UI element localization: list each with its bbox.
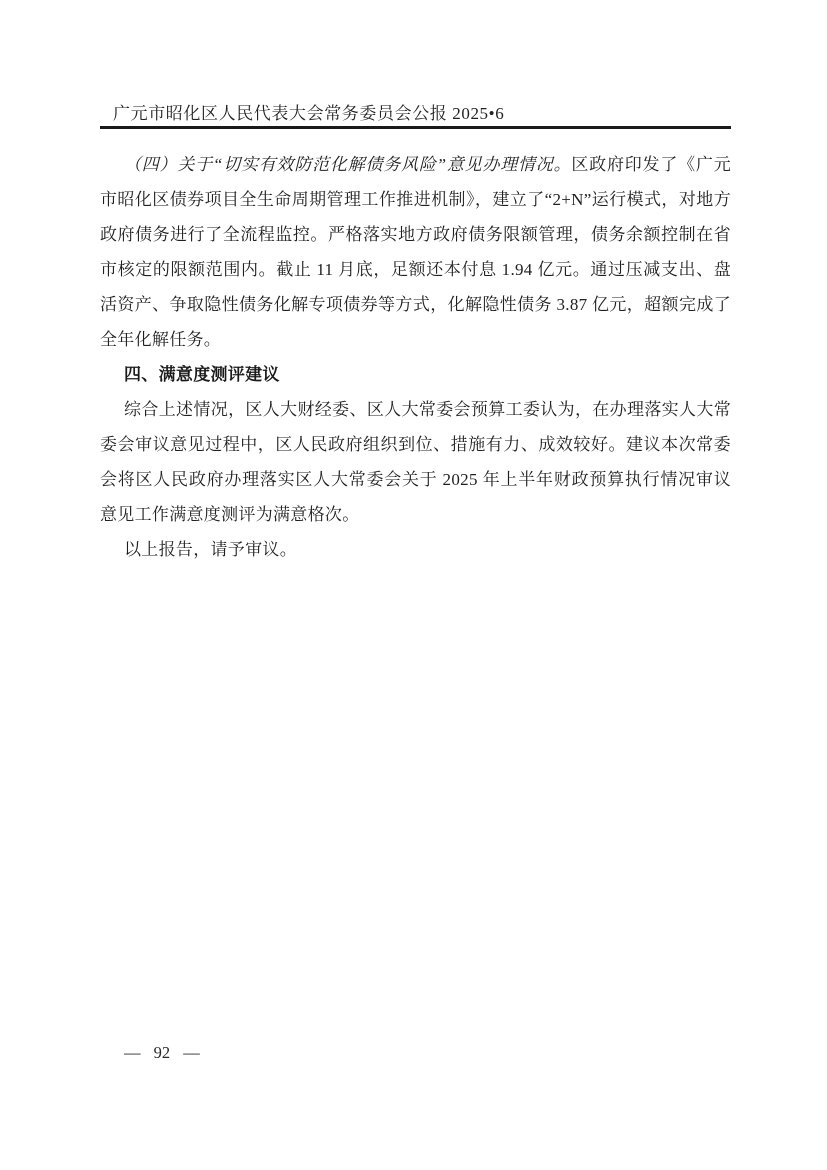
paragraph-body-text: 区政府印发了《广元市昭化区债券项目全生命周期管理工作推进机制》，建立了“2+N”… [100, 155, 731, 349]
masthead-title: 广元市昭化区人民代表大会常务委员会公报 2025•6 [113, 99, 504, 124]
paragraph-closing: 以上报告，请予审议。 [100, 532, 731, 567]
document-body: （四）关于“切实有效防范化解债务风险”意见办理情况。区政府印发了《广元市昭化区债… [100, 147, 731, 567]
section-heading-satisfaction-review: 四、满意度测评建议 [100, 357, 731, 392]
paragraph-lead-sentence: （四）关于“切实有效防范化解债务风险”意见办理情况。 [124, 155, 571, 174]
header-rule [100, 126, 731, 129]
paragraph-review-conclusion: 综合上述情况，区人大财经委、区人大常委会预算工委认为，在办理落实人大常委会审议意… [100, 392, 731, 532]
bulletin-page: 广元市昭化区人民代表大会常务委员会公报 2025•6 （四）关于“切实有效防范化… [0, 0, 827, 1170]
paragraph-debt-risk: （四）关于“切实有效防范化解债务风险”意见办理情况。区政府印发了《广元市昭化区债… [100, 147, 731, 357]
page-number: — 92 — [124, 1043, 200, 1063]
